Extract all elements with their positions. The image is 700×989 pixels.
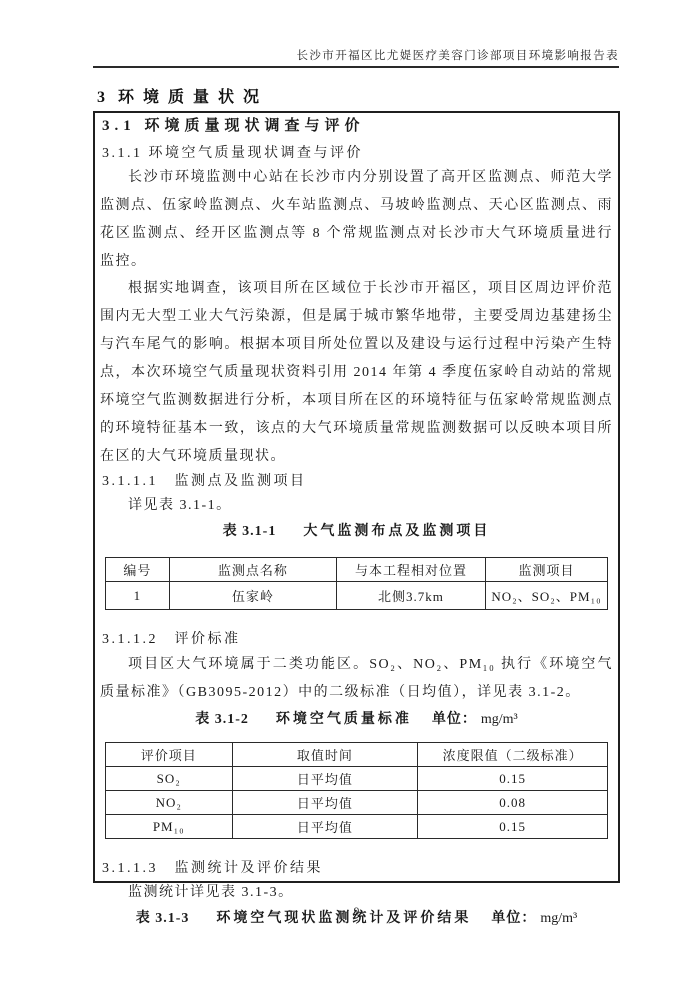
table-3-1-1-caption-label: 表 3.1-1 (223, 519, 277, 545)
table-cell: SO₂ (106, 767, 233, 791)
table-header-cell: 浓度限值（二级标准） (418, 743, 608, 767)
paragraph-site-survey: 根据实地调查，该项目所在区域位于长沙市开福区，项目区周边评价范围内无大型工业大气… (100, 275, 613, 471)
table-header-cell: 与本工程相对位置 (336, 558, 485, 582)
unit-label: 单位： (432, 712, 477, 727)
table-header-cell: 监测项目 (486, 558, 608, 582)
chapter-number: 3 (97, 89, 105, 106)
table-cell: 0.15 (418, 815, 608, 839)
chapter-title: 环境质量状况 (118, 89, 268, 106)
table-row: 1 伍家岭 北侧3.7km NO₂、SO₂、PM₁₀ (106, 582, 608, 610)
table-3-1-2-caption-label: 表 3.1-2 (195, 707, 249, 733)
document-page: 长沙市开福区比尤媞医疗美容门诊部项目环境影响报告表 3环境质量状况 3.1 环境… (0, 0, 700, 989)
table-cell: NO₂ (106, 791, 233, 815)
table-header-cell: 编号 (106, 558, 170, 582)
table-3-1-1-caption: 表 3.1-1 大气监测布点及监测项目 (100, 519, 613, 545)
running-header-title: 长沙市开福区比尤媞医疗美容门诊部项目环境影响报告表 (93, 47, 619, 63)
table-cell: 1 (106, 582, 170, 610)
table-row: PM₁₀ 日平均值 0.15 (106, 815, 608, 839)
table-cell: 日平均值 (232, 815, 418, 839)
table-row: NO₂ 日平均值 0.08 (106, 791, 608, 815)
table-cell: 日平均值 (232, 767, 418, 791)
note-see-table-3-1-3: 监测统计详见表 3.1-3。 (100, 880, 613, 906)
section-3-1-1-1-heading: 3.1.1.1 监测点及监测项目 (102, 471, 613, 493)
table-3-1-2-caption: 表 3.1-2 环境空气质量标准 单位：mg/m³ (100, 707, 613, 733)
table-header-cell: 评价项目 (106, 743, 233, 767)
unit-value: mg/m³ (481, 712, 518, 727)
chapter-heading: 3环境质量状况 (97, 84, 268, 107)
note-see-table-3-1-1: 详见表 3.1-1。 (100, 493, 613, 519)
table-air-quality-standard: 评价项目 取值时间 浓度限值（二级标准） SO₂ 日平均值 0.15 NO₂ 日… (105, 742, 608, 839)
table-cell: 0.08 (418, 791, 608, 815)
section-3-1-heading: 3.1 环境质量现状调查与评价 (102, 115, 613, 137)
table-cell: 北侧3.7km (336, 582, 485, 610)
table-row: 编号 监测点名称 与本工程相对位置 监测项目 (106, 558, 608, 582)
table-header-cell: 监测点名称 (169, 558, 336, 582)
table-3-1-2-caption-title: 环境空气质量标准 (276, 707, 412, 733)
table-cell: 日平均值 (232, 791, 418, 815)
table-cell: 0.15 (418, 767, 608, 791)
table-cell: PM₁₀ (106, 815, 233, 839)
section-3-1-1-heading: 3.1.1 环境空气质量现状调查与评价 (102, 144, 613, 164)
table-3-1-1-caption-title: 大气监测布点及监测项目 (303, 519, 490, 545)
content-box: 3.1 环境质量现状调查与评价 3.1.1 环境空气质量现状调查与评价 长沙市环… (93, 111, 620, 883)
section-3-1-1-3-heading: 3.1.1.3 监测统计及评价结果 (102, 858, 613, 880)
table-cell: NO₂、SO₂、PM₁₀ (486, 582, 608, 610)
paragraph-evaluation-standard: 项目区大气环境属于二类功能区。SO₂、NO₂、PM₁₀ 执行《环境空气质量标准》… (100, 651, 613, 707)
page-number: 9 (93, 906, 620, 918)
table-header-cell: 取值时间 (232, 743, 418, 767)
header-divider (93, 66, 619, 68)
table-air-monitoring-points: 编号 监测点名称 与本工程相对位置 监测项目 1 伍家岭 北侧3.7km NO₂… (105, 557, 608, 610)
paragraph-monitoring-stations: 长沙市环境监测中心站在长沙市内分别设置了高开区监测点、师范大学监测点、伍家岭监测… (100, 164, 613, 276)
section-3-1-1-2-heading: 3.1.1.2 评价标准 (102, 629, 613, 651)
table-cell: 伍家岭 (169, 582, 336, 610)
table-3-1-2-caption-unit: 单位：mg/m³ (432, 707, 518, 733)
table-row: SO₂ 日平均值 0.15 (106, 767, 608, 791)
table-row: 评价项目 取值时间 浓度限值（二级标准） (106, 743, 608, 767)
